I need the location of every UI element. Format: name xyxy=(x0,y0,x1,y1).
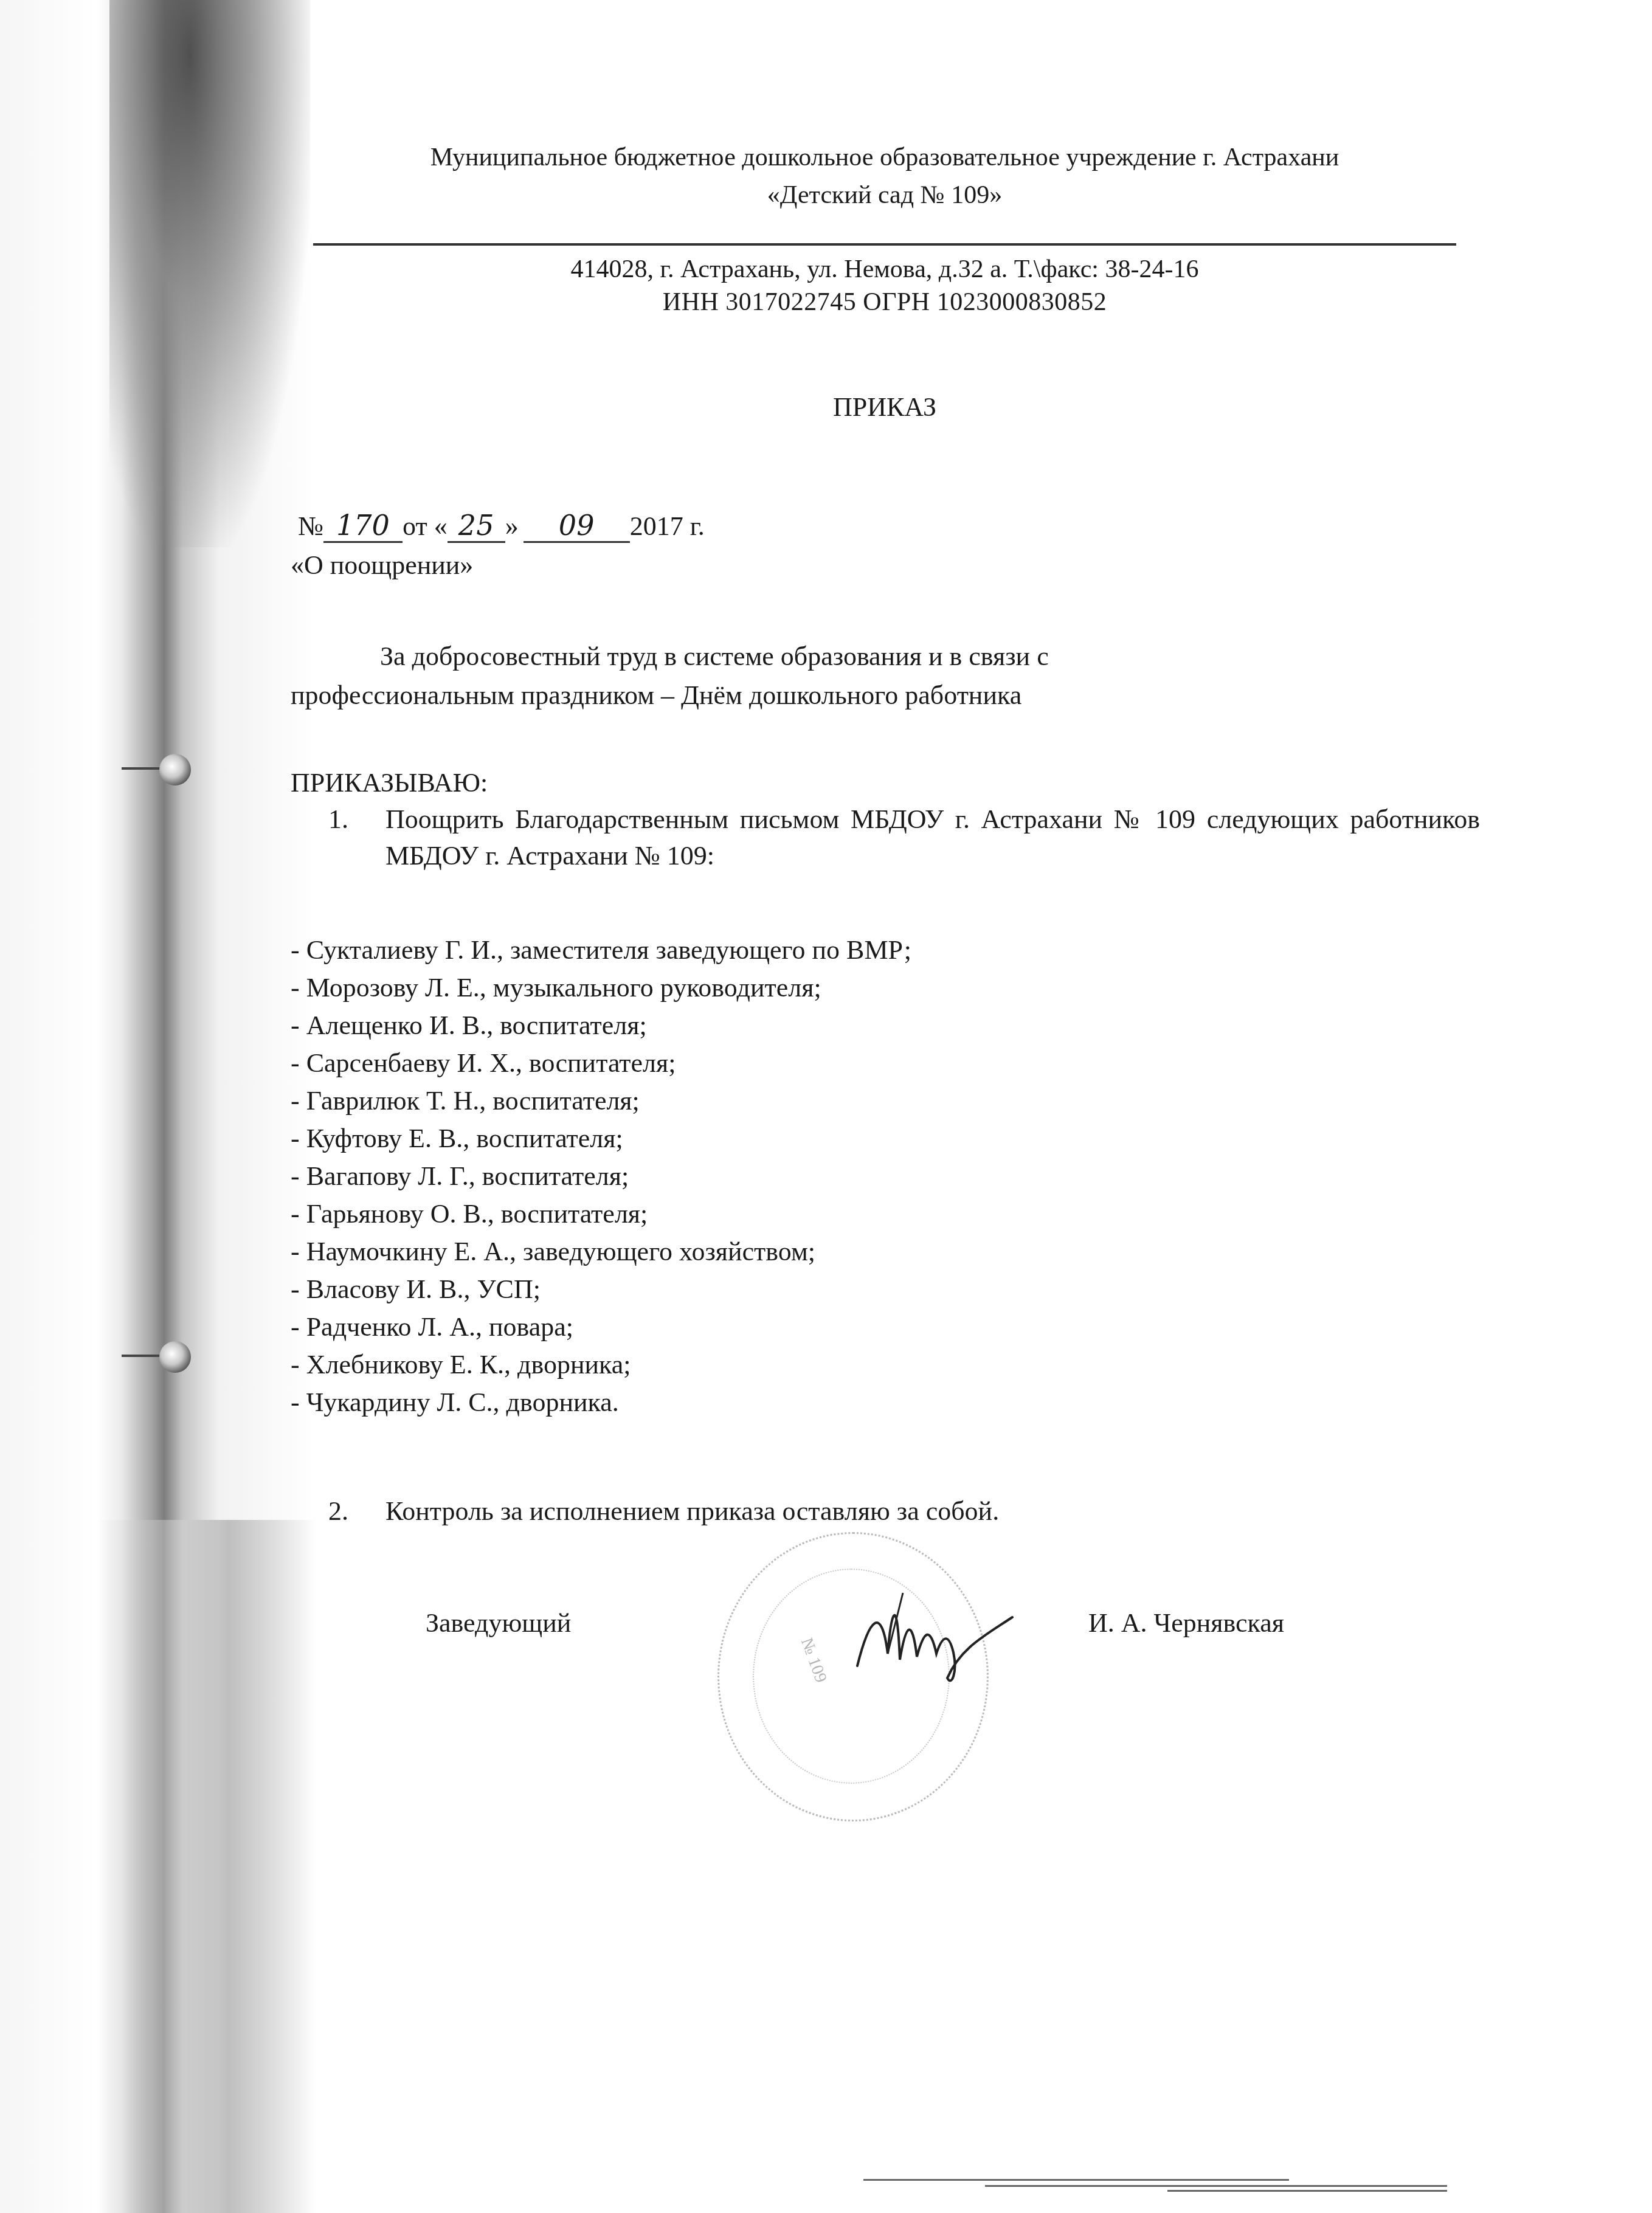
order-year: 2017 г. xyxy=(630,511,705,541)
item-number: 2. xyxy=(328,1493,385,1530)
recipient-item: - Радченко Л. А., повара; xyxy=(291,1308,911,1346)
organization-name: Муниципальное бюджетное дошкольное образ… xyxy=(310,139,1459,176)
recipient-item: - Чукардину Л. С., дворника. xyxy=(291,1384,911,1421)
organization-address: 414028, г. Астрахань, ул. Немова, д.32 а… xyxy=(310,250,1459,288)
item-text: Поощрить Благодарственным письмом МБДОУ … xyxy=(385,801,1480,874)
recipient-item: - Гаврилюк Т. Н., воспитателя; xyxy=(291,1082,911,1120)
order-month: 09 xyxy=(524,509,630,543)
order-item-2: 2.Контроль за исполнением приказа оставл… xyxy=(328,1493,999,1530)
number-sign: № xyxy=(298,511,323,541)
item-number: 1. xyxy=(328,801,348,838)
preamble-line-1: За добросовестный труд в системе образов… xyxy=(380,641,1049,671)
handwritten-signature xyxy=(845,1581,1015,1690)
organization-short-name: «Детский сад № 109» xyxy=(310,176,1459,214)
order-day: 25 xyxy=(448,509,505,543)
recipient-item: - Алещенко И. В., воспитателя; xyxy=(291,1007,911,1044)
organization-ids: ИНН 3017022745 ОГРН 1023000830852 xyxy=(310,283,1459,321)
recipient-item: - Сарсенбаеву И. Х., воспитателя; xyxy=(291,1044,911,1082)
preamble-line-2: профессиональным праздником – Днём дошко… xyxy=(291,676,1476,715)
signer-name: И. А. Чернявская xyxy=(1088,1605,1284,1642)
scan-artifact-lines xyxy=(863,2177,1447,2195)
recipient-item: - Наумочкину Е. А., заведующего хозяйств… xyxy=(291,1233,911,1271)
order-number-date: №170от «25»092017 г. xyxy=(298,508,705,545)
preamble: За добросовестный труд в системе образов… xyxy=(291,637,1476,715)
recipient-item: - Сукталиеву Г. И., заместителя заведующ… xyxy=(291,931,911,969)
signer-role: Заведующий xyxy=(426,1605,571,1642)
order-subject: «О поощрении» xyxy=(291,547,473,584)
document-page: Муниципальное бюджетное дошкольное образ… xyxy=(0,0,1652,2213)
from-label: от « xyxy=(403,511,448,541)
order-number: 170 xyxy=(323,509,403,543)
recipient-item: - Гарьянову О. В., воспитателя; xyxy=(291,1195,911,1233)
recipient-item: - Хлебникову Е. К., дворника; xyxy=(291,1346,911,1384)
recipient-item: - Вагапову Л. Г., воспитателя; xyxy=(291,1158,911,1195)
recipient-item: - Власову И. В., УСП; xyxy=(291,1271,911,1308)
header-divider xyxy=(313,243,1456,246)
order-directive: ПРИКАЗЫВАЮ: xyxy=(291,765,488,801)
day-close-quote: » xyxy=(505,511,519,541)
recipient-list: - Сукталиеву Г. И., заместителя заведующ… xyxy=(291,931,911,1421)
item-text: Контроль за исполнением приказа оставляю… xyxy=(385,1496,999,1526)
recipient-item: - Морозову Л. Е., музыкального руководит… xyxy=(291,969,911,1007)
document-title: ПРИКАЗ xyxy=(310,392,1459,423)
recipient-item: - Куфтову Е. В., воспитателя; xyxy=(291,1120,911,1158)
